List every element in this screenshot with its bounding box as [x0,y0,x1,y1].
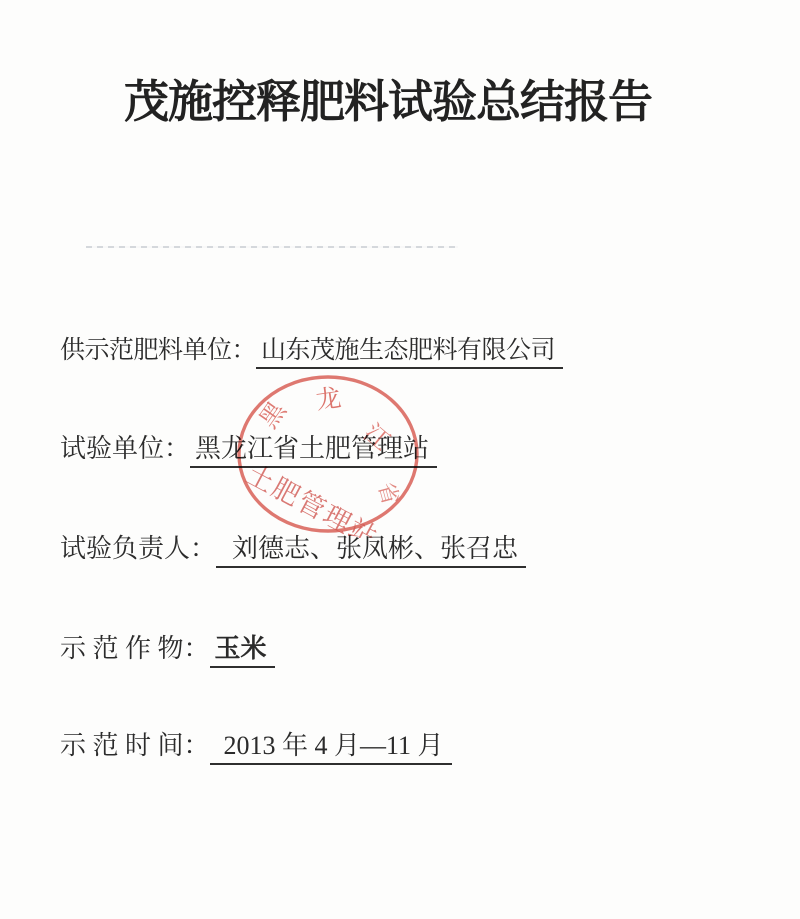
field-demo-period: 示 范 时 间：2013 年 4 月—11 月 [60,727,452,765]
field-fertilizer-supplier-label: 供示范肥料单位： [60,337,256,364]
field-test-unit-label: 试验单位： [60,434,190,463]
scanned-report-cover: 茂施控释肥料试验总结报告 供示范肥料单位：山东茂施生态肥料有限公司 试验单位：黑… [0,0,800,919]
scan-artifact-line [86,246,458,248]
field-demo-crop-label: 示 范 作 物： [60,634,210,663]
seal-rim-char-2: 龙 [314,384,343,415]
seal-rim-char-3: 江 [358,419,395,456]
field-demo-period-value: 2013 年 4 月—11 月 [210,731,452,765]
field-demo-crop-value: 玉米 [210,634,275,668]
field-fertilizer-supplier-value: 山东茂施生态肥料有限公司 [256,337,563,369]
field-demo-period-label: 示 范 时 间： [60,731,210,760]
report-title: 茂施控释肥料试验总结报告 [124,76,652,128]
field-test-leaders-label: 试验负责人： [60,534,216,563]
field-demo-crop: 示 范 作 物：玉米 [60,630,275,668]
official-red-seal: 黑 龙 江 省 土肥管理站 [222,368,438,538]
field-fertilizer-supplier: 供示范肥料单位：山东茂施生态肥料有限公司 [60,332,563,370]
seal-inner-text: 土肥管理站 [241,459,383,538]
seal-rim-char-4: 省 [374,480,404,508]
field-test-leaders-value: 刘德志、张凤彬、张召忠 [216,534,526,568]
